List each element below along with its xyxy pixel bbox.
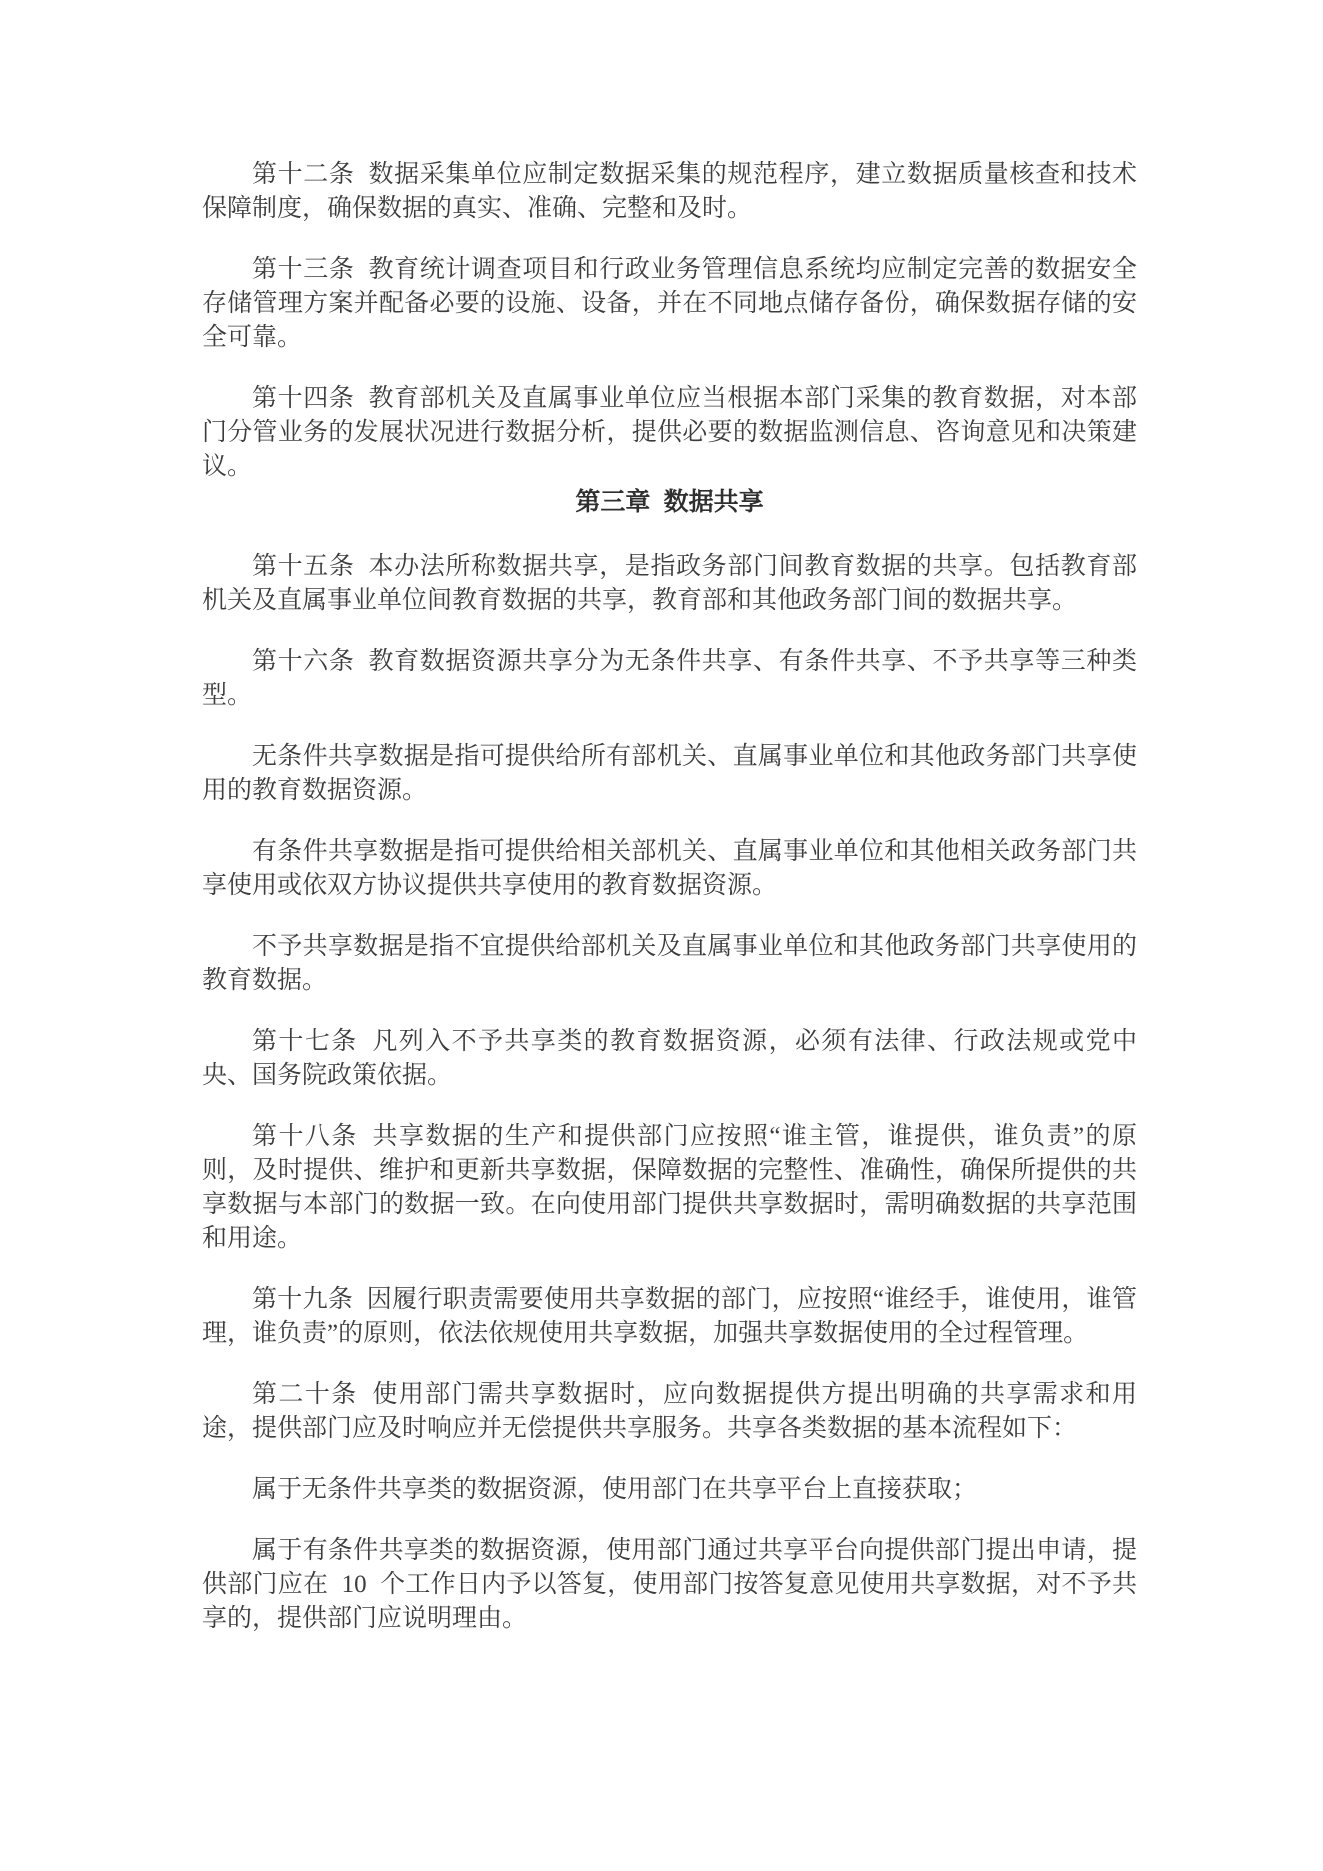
article-paragraph: 无条件共享数据是指可提供给所有部机关、直属事业单位和其他政务部门共享使用的教育数… bbox=[202, 740, 1137, 808]
article-paragraph: 第十九条 因履行职责需要使用共享数据的部门，应按照“谁经手，谁使用，谁管理，谁负… bbox=[202, 1283, 1137, 1351]
article-paragraph: 第十四条 教育部机关及直属事业单位应当根据本部门采集的教育数据，对本部门分管业务… bbox=[202, 382, 1137, 484]
chapter-heading: 第三章 数据共享 bbox=[202, 486, 1137, 520]
article-paragraph: 有条件共享数据是指可提供给相关部机关、直属事业单位和其他相关政务部门共享使用或依… bbox=[202, 835, 1137, 903]
article-paragraph: 属于有条件共享类的数据资源，使用部门通过共享平台向提供部门提出申请，提供部门应在… bbox=[202, 1534, 1137, 1636]
article-paragraph: 第二十条 使用部门需共享数据时，应向数据提供方提出明确的共享需求和用途，提供部门… bbox=[202, 1378, 1137, 1446]
article-paragraph: 第十六条 教育数据资源共享分为无条件共享、有条件共享、不予共享等三种类型。 bbox=[202, 645, 1137, 713]
article-paragraph: 第十三条 教育统计调查项目和行政业务管理信息系统均应制定完善的数据安全存储管理方… bbox=[202, 253, 1137, 355]
article-paragraph: 第十五条 本办法所称数据共享，是指政务部门间教育数据的共享。包括教育部机关及直属… bbox=[202, 550, 1137, 618]
document-page: 第十二条 数据采集单位应制定数据采集的规范程序，建立数据质量核查和技术保障制度，… bbox=[0, 0, 1323, 1871]
article-paragraph: 不予共享数据是指不宜提供给部机关及直属事业单位和其他政务部门共享使用的教育数据。 bbox=[202, 930, 1137, 998]
article-paragraph: 第十二条 数据采集单位应制定数据采集的规范程序，建立数据质量核查和技术保障制度，… bbox=[202, 158, 1137, 226]
article-paragraph: 属于无条件共享类的数据资源，使用部门在共享平台上直接获取； bbox=[202, 1473, 1137, 1507]
article-paragraph: 第十七条 凡列入不予共享类的教育数据资源，必须有法律、行政法规或党中央、国务院政… bbox=[202, 1025, 1137, 1093]
document-body: 第十二条 数据采集单位应制定数据采集的规范程序，建立数据质量核查和技术保障制度，… bbox=[0, 0, 1323, 1636]
article-paragraph: 第十八条 共享数据的生产和提供部门应按照“谁主管，谁提供，谁负责”的原则，及时提… bbox=[202, 1120, 1137, 1256]
